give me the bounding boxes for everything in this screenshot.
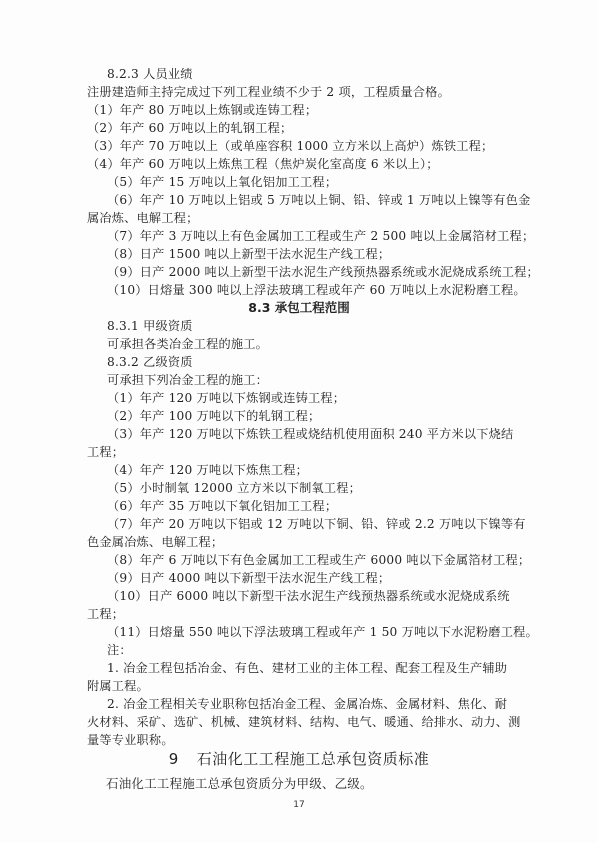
paragraph-8-3-1: 可承担各类冶金工程的施工。 <box>107 336 268 352</box>
chapter-heading-9: 9石油化工工程施工总承包资质标准 <box>0 748 598 769</box>
list-item: （1）年产 120 万吨以下炼钢或连铸工程； <box>107 390 345 406</box>
list-item: （8）日产 1500 吨以上新型干法水泥生产线工程； <box>107 246 390 262</box>
list-item: （3）年产 120 万吨以下炼铁工程或烧结机使用面积 240 平方米以下烧结 <box>107 426 513 442</box>
subsection-heading-8-3-2: 8.3.2 乙级资质 <box>107 354 193 370</box>
list-item: （1）年产 80 万吨以上炼钢或连铸工程； <box>87 102 317 118</box>
list-item-continuation: 工程； <box>87 444 124 460</box>
list-item: （2）年产 100 万吨以下的轧钢工程； <box>107 408 320 424</box>
section-heading-8-2-3: 8.2.3 人员业绩 <box>107 66 193 82</box>
list-item-continuation: 色金属冶炼、电解工程； <box>87 534 223 550</box>
note-item-continuation: 附属工程。 <box>87 678 149 694</box>
paragraph-8-3-2-intro: 可承担下列冶金工程的施工： <box>107 372 268 388</box>
chapter-9-intro: 石油化工工程施工总承包资质分为甲级、乙级。 <box>106 776 373 792</box>
note-item-continuation: 火材料、采矿、选矿、机械、建筑材料、结构、电气、暖通、给排水、动力、测 <box>87 714 521 730</box>
list-item: （5）小时制氧 12000 立方米以下制氧工程； <box>107 480 361 496</box>
list-item: （6）年产 10 万吨以上铝或 5 万吨以上铜、铅、锌或 1 万吨以上镍等有色金 <box>107 192 530 208</box>
list-item: （11）日熔量 550 吨以下浮法玻璃工程或年产 1 50 万吨以下水泥粉磨工程… <box>107 624 538 640</box>
paragraph-8-2-3-intro: 注册建造师主持完成过下列工程业绩不少于 2 项，工程质量合格。 <box>87 84 450 100</box>
subsection-heading-8-3-1: 8.3.1 甲级资质 <box>107 318 193 334</box>
list-item: （6）年产 35 万吨以下氧化铝加工工程； <box>107 498 337 514</box>
document-page: 8.2.3 人员业绩 注册建造师主持完成过下列工程业绩不少于 2 项，工程质量合… <box>0 0 598 843</box>
chapter-title: 石油化工工程施工总承包资质标准 <box>197 750 430 768</box>
note-item: 2. 冶金工程相关专业职称包括冶金工程、金属冶炼、金属材料、焦化、耐 <box>107 696 507 712</box>
section-heading-8-3: 8.3 承包工程范围 <box>0 298 598 316</box>
chapter-number: 9 <box>169 750 179 768</box>
list-item: （4）年产 120 万吨以下炼焦工程； <box>107 462 308 478</box>
list-item: （3）年产 70 万吨以上（或单座容积 1000 立方米以上高炉）炼铁工程； <box>87 138 493 154</box>
list-item-continuation: 工程； <box>87 606 124 622</box>
list-item: （9）日产 2000 吨以上新型干法水泥生产线预热器系统或水泥烧成系统工程； <box>107 264 539 280</box>
list-item: （9）日产 4000 吨以下新型干法水泥生产线工程； <box>107 570 390 586</box>
page-number: 17 <box>0 800 598 810</box>
list-item: （8）年产 6 万吨以下有色金属加工工程或生产 6000 吨以下金属箔材工程； <box>107 552 530 568</box>
list-item: （2）年产 60 万吨以上的轧钢工程； <box>87 120 292 136</box>
list-item: （10）日产 6000 吨以下新型干法水泥生产线预热器系统或水泥烧成系统 <box>107 588 510 604</box>
list-item-continuation: 属冶炼、电解工程； <box>87 210 199 226</box>
list-item: （7）年产 3 万吨以上有色金属加工工程或生产 2 500 吨以上金属箔材工程； <box>107 228 534 244</box>
note-item: 1. 冶金工程包括冶金、有色、建材工业的主体工程、配套工程及生产辅助 <box>107 660 507 676</box>
note-item-continuation: 量等专业职称。 <box>87 732 174 748</box>
list-item: （5）年产 15 万吨以上氧化铝加工工程； <box>107 174 337 190</box>
list-item: （10）日熔量 300 吨以上浮法玻璃工程或年产 60 万吨以上水泥粉磨工程。 <box>107 282 526 298</box>
list-item: （7）年产 20 万吨以下铝或 12 万吨以下铜、铅、锌或 2.2 万吨以下镍等… <box>107 516 526 532</box>
notes-label: 注： <box>107 642 132 658</box>
list-item: （4）年产 60 万吨以上炼焦工程（焦炉炭化室高度 6 米以上）； <box>87 156 439 172</box>
